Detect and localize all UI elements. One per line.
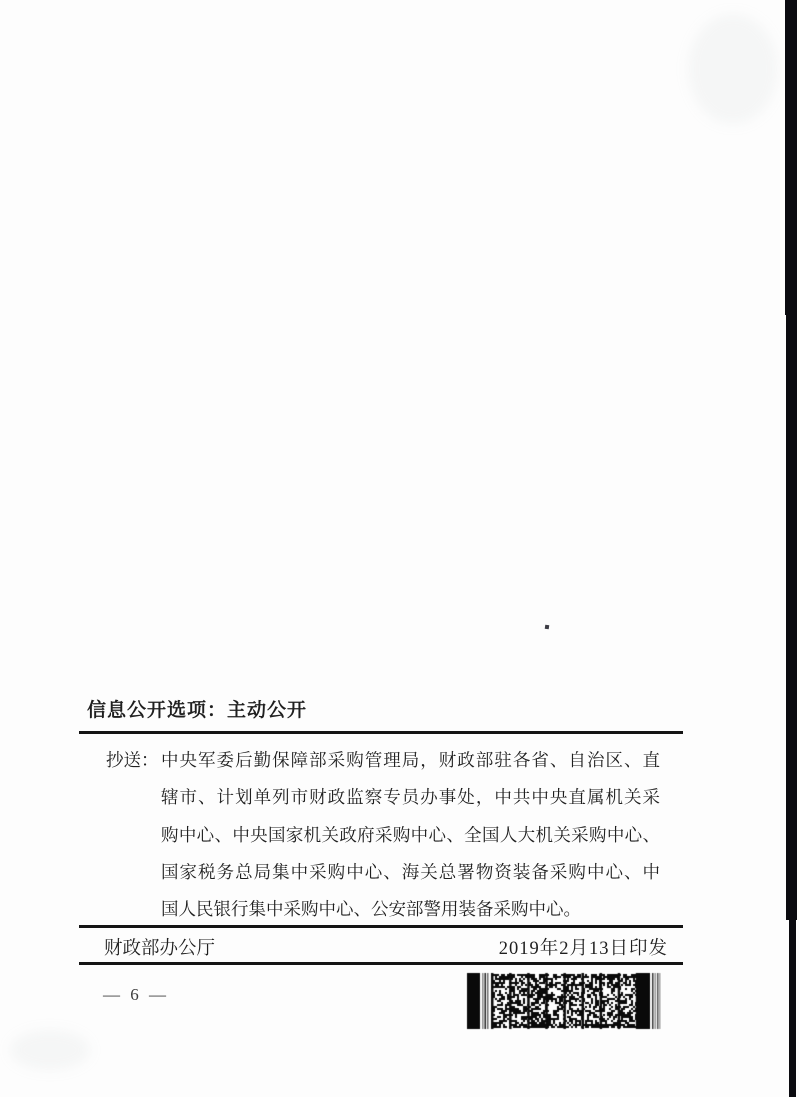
scan-smudge-top-right	[688, 14, 778, 124]
issuing-office: 财政部办公厅	[104, 939, 215, 960]
scan-edge-artifact	[785, 0, 797, 315]
scan-speck	[545, 625, 550, 630]
separator-rule-middle	[79, 925, 683, 928]
cc-list: 中央军委后勤保障部采购管理局，财政部驻各省、自治区、直 辖市、计划单列市财政监察…	[161, 750, 660, 937]
pdf417-barcode-icon	[465, 972, 661, 1030]
cc-label: 抄送：	[106, 750, 159, 770]
cc-line: 辖市、计划单列市财政监察专员办事处，中共中央直属机关采	[161, 787, 660, 824]
scan-smudge-bottom-left	[10, 1030, 90, 1070]
print-date: 2019年2月13日印发	[499, 939, 668, 960]
cc-line: 国人民银行集中采购中心、公安部警用装备采购中心。	[161, 899, 660, 936]
scan-edge-artifact	[789, 920, 796, 1097]
info-disclosure-heading: 信息公开选项：主动公开	[87, 700, 307, 722]
scan-edge-artifact	[786, 315, 797, 920]
cc-line: 购中心、中央国家机关政府采购中心、全国人大机关采购中心、	[161, 825, 660, 862]
cc-line: 国家税务总局集中采购中心、海关总署物资装备采购中心、中	[161, 862, 660, 899]
scanned-document-page: 信息公开选项：主动公开 抄送： 中央军委后勤保障部采购管理局，财政部驻各省、自治…	[0, 0, 799, 1097]
separator-rule-bottom	[79, 962, 683, 965]
page-number: — 6 —	[103, 985, 169, 1005]
cc-line: 中央军委后勤保障部采购管理局，财政部驻各省、自治区、直	[161, 750, 660, 787]
separator-rule-top	[79, 731, 683, 734]
